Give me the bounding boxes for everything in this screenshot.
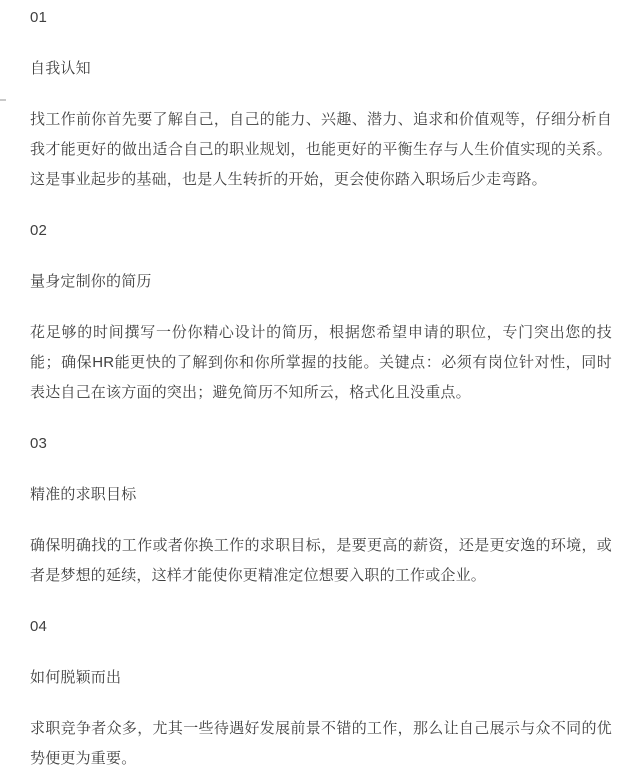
section-heading: 自我认知 bbox=[30, 54, 612, 84]
section-number: 03 bbox=[30, 429, 612, 459]
article-section-4: 04 如何脱颖而出 求职竞争者众多，尤其一些待遇好发展前景不错的工作，那么让自己… bbox=[30, 612, 612, 774]
article-section-2: 02 量身定制你的简历 花足够的时间撰写一份你精心设计的简历，根据您希望申请的职… bbox=[30, 216, 612, 408]
section-number: 01 bbox=[30, 3, 612, 33]
article-section-3: 03 精准的求职目标 确保明确找的工作或者你换工作的求职目标，是要更高的薪资，还… bbox=[30, 429, 612, 591]
section-body: 确保明确找的工作或者你换工作的求职目标，是要更高的薪资，还是更安逸的环境，或者是… bbox=[30, 531, 612, 591]
article-section-1: 01 自我认知 找工作前你首先要了解自己，自己的能力、兴趣、潜力、追求和价值观等… bbox=[30, 3, 612, 195]
article-body: 01 自我认知 找工作前你首先要了解自己，自己的能力、兴趣、潜力、追求和价值观等… bbox=[0, 0, 639, 774]
section-number: 04 bbox=[30, 612, 612, 642]
section-heading: 精准的求职目标 bbox=[30, 480, 612, 510]
section-body: 找工作前你首先要了解自己，自己的能力、兴趣、潜力、追求和价值观等，仔细分析自我才… bbox=[30, 105, 612, 195]
section-heading: 量身定制你的简历 bbox=[30, 267, 612, 297]
section-body: 求职竞争者众多，尤其一些待遇好发展前景不错的工作，那么让自己展示与众不同的优势便… bbox=[30, 714, 612, 774]
section-body: 花足够的时间撰写一份你精心设计的简历，根据您希望申请的职位，专门突出您的技能；确… bbox=[30, 318, 612, 408]
section-heading: 如何脱颖而出 bbox=[30, 663, 612, 693]
section-number: 02 bbox=[30, 216, 612, 246]
left-edge-artifact bbox=[0, 99, 6, 101]
